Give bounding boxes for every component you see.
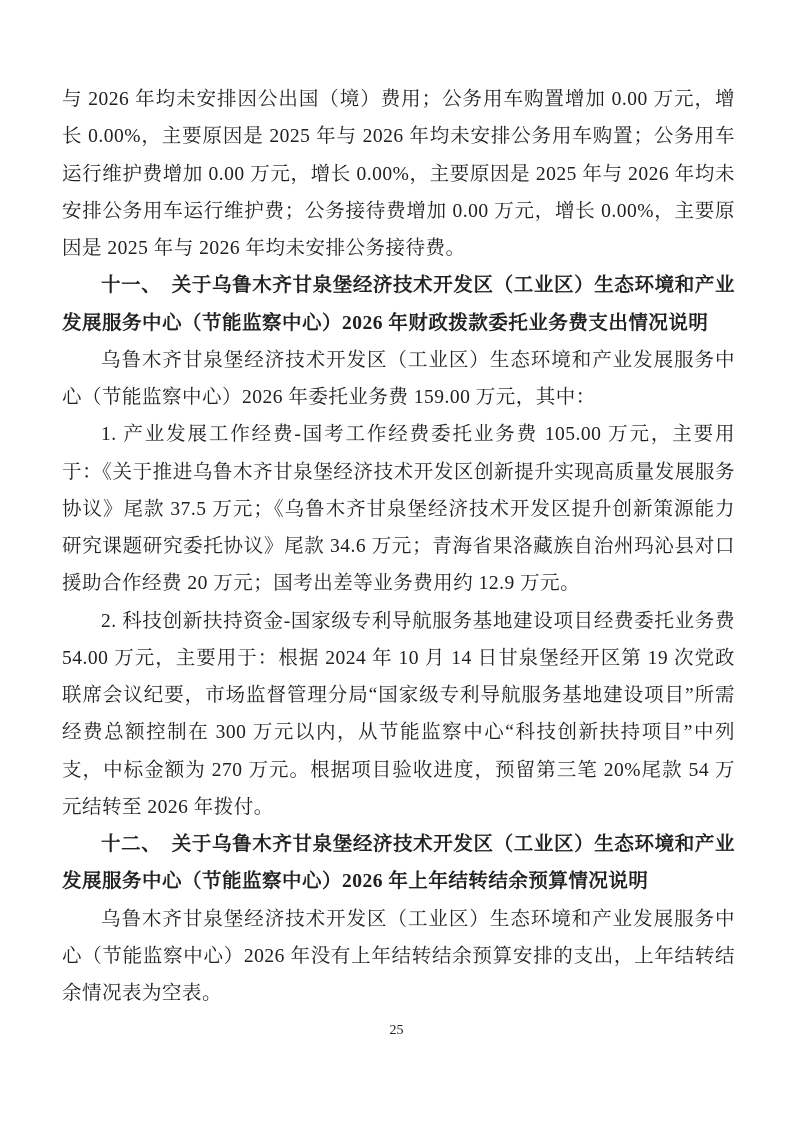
document-page: 与 2026 年均未安排因公出国（境）费用；公务用车购置增加 0.00 万元，增… [0, 0, 793, 1122]
body-paragraph-carryover: 乌鲁木齐甘泉堡经济技术开发区（工业区）生态环境和产业发展服务中心（节能监察中心）… [62, 901, 735, 1013]
document-body: 与 2026 年均未安排因公出国（境）费用；公务用车购置增加 0.00 万元，增… [62, 81, 735, 1012]
body-paragraph-total-fee: 乌鲁木齐甘泉堡经济技术开发区（工业区）生态环境和产业发展服务中心（节能监察中心）… [62, 342, 735, 417]
section-heading-eleven: 十一、 关于乌鲁木齐甘泉堡经济技术开发区（工业区）生态环境和产业发展服务中心（节… [62, 267, 735, 342]
page-number: 25 [0, 1022, 793, 1040]
body-paragraph-item-2: 2. 科技创新扶持资金-国家级专利导航服务基地建设项目经费委托业务费 54.00… [62, 603, 735, 827]
body-paragraph-continuation: 与 2026 年均未安排因公出国（境）费用；公务用车购置增加 0.00 万元，增… [62, 81, 735, 267]
section-heading-twelve: 十二、 关于乌鲁木齐甘泉堡经济技术开发区（工业区）生态环境和产业发展服务中心（节… [62, 826, 735, 901]
body-paragraph-item-1: 1. 产业发展工作经费-国考工作经费委托业务费 105.00 万元，主要用于：《… [62, 416, 735, 602]
